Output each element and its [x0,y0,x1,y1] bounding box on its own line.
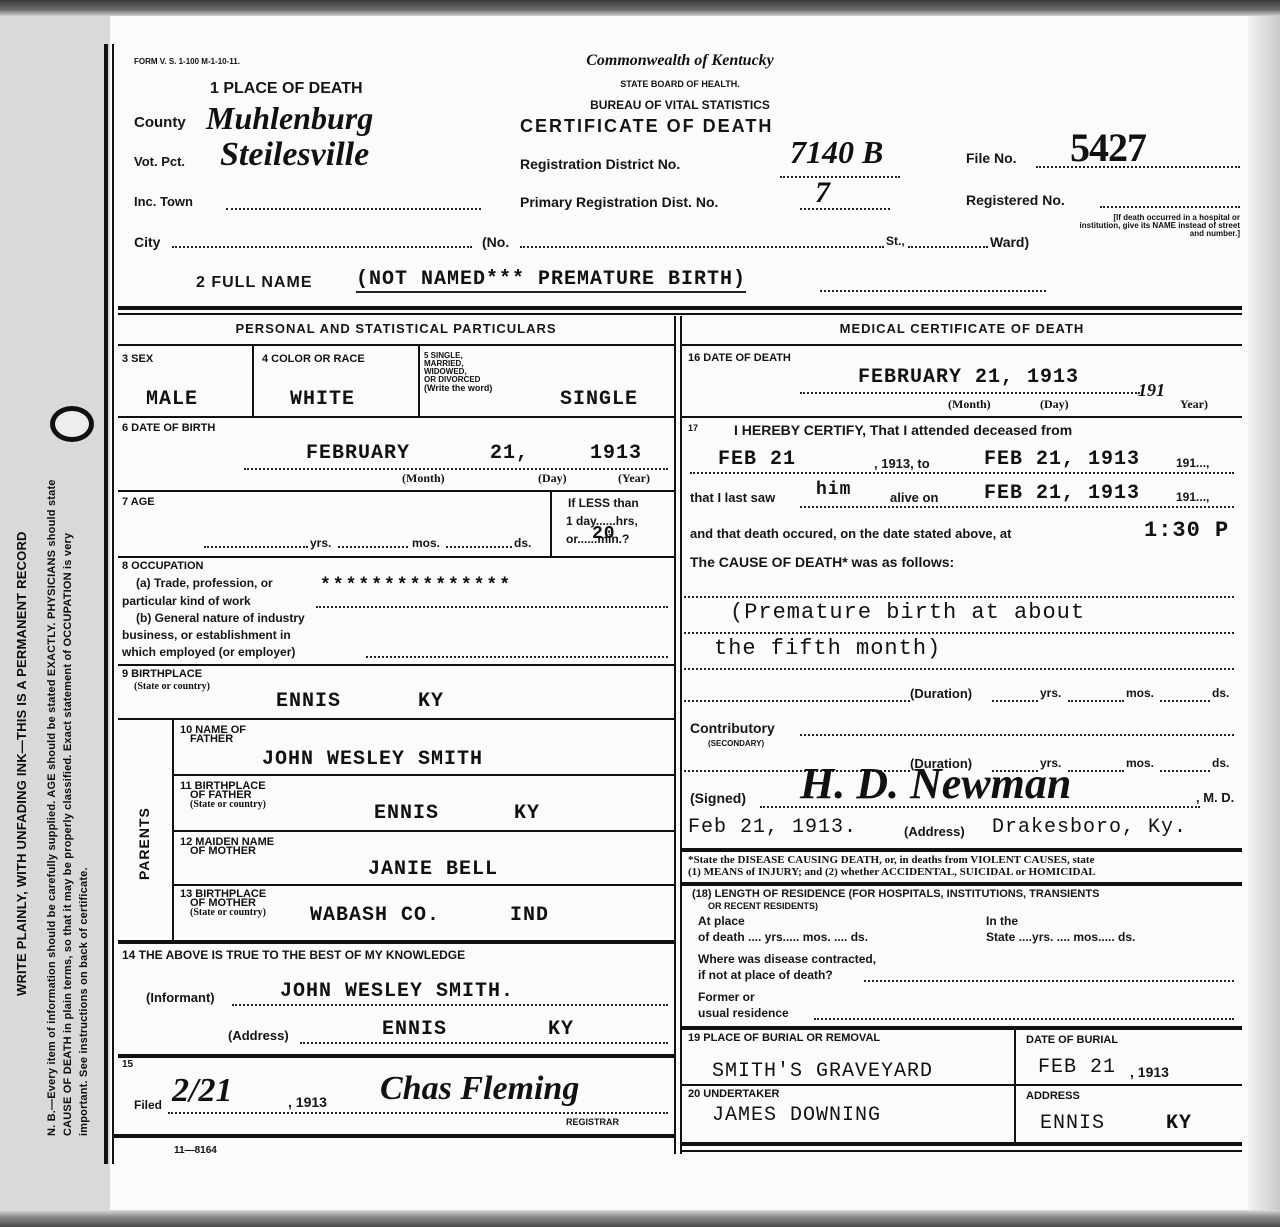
informant-label: (Informant) [146,990,215,1005]
father-birthplace-city: ENNIS [374,802,439,825]
inc-town-label: Inc. Town [134,194,193,209]
dob-year: 1913 [590,442,642,465]
form-code: 11—8164 [174,1146,217,1155]
certify-number: 17 [688,424,698,432]
mother-birthplace-city: WABASH CO. [310,904,440,927]
sex-label: 3 SEX [122,355,153,364]
dotted-rule [338,546,408,548]
punch-hole [50,406,94,442]
undertaker-address-city: ENNIS [1040,1112,1105,1135]
where-contracted-label: Where was disease contracted, [698,952,876,966]
date-of-death-year-prefix: 191 [1138,380,1165,401]
rule [118,1054,674,1058]
informant-address-state: KY [548,1018,574,1041]
rule [118,416,674,418]
at-place-label: At place [698,914,745,928]
date-of-death-label: 16 DATE OF DEATH [688,354,791,363]
dotted-rule [172,246,472,248]
dob-label: 6 DATE OF BIRTH [122,424,215,433]
dotted-rule [1160,700,1210,702]
board-title: STATE BOARD OF HEALTH. [530,80,830,89]
rule [1014,1028,1016,1146]
burial-place-value: SMITH'S GRAVEYARD [712,1060,933,1083]
dob-month: FEBRUARY [306,442,410,465]
burial-date-year: , 1913 [1130,1064,1169,1080]
dotted-rule [1036,166,1240,168]
cause-footnote: *State the DISEASE CAUSING DEATH, or, in… [688,854,1096,878]
dotted-rule [864,980,1234,982]
dotted-rule [1068,770,1124,772]
dotted-rule [814,1018,1234,1020]
informant-value: JOHN WESLEY SMITH. [280,980,514,1003]
rule [682,1142,1242,1146]
physician-address: Drakesboro, Ky. [992,816,1187,839]
alive-on-label: alive on [890,490,938,505]
dotted-rule [908,246,988,248]
birthplace-city: ENNIS [276,690,341,713]
occupation-a-line-2: particular kind of work [122,594,251,608]
frame-rule-inner [112,44,114,1164]
margin-note-4: important. See instructions on back of c… [78,867,90,1136]
bureau-title: BUREAU OF VITAL STATISTICS [530,98,830,112]
primary-registration-label: Primary Registration Dist. No. [520,194,718,210]
marital-label: 5 SINGLE, MARRIED, WIDOWED, OR DIVORCED … [424,352,492,392]
rule [682,416,1242,418]
physician-signature: H. D. Newman [800,758,1071,809]
dotted-rule [1160,770,1210,772]
alive-on-date: FEB 21, 1913 [984,482,1140,505]
dotted-rule [232,1004,668,1006]
rule [118,556,674,558]
father-birthplace-label: 11 BIRTHPLACE OF FATHER (State or countr… [180,782,266,809]
less-than-minutes-value: 20 [592,524,616,544]
rule [682,1084,1242,1086]
full-name-value: (NOT NAMED*** PREMATURE BIRTH) [356,268,746,293]
mother-name-value: JANIE BELL [368,858,498,881]
secondary-label: (SECONDARY) [708,740,764,748]
md-label: , M. D. [1196,790,1234,805]
last-saw-value: him [816,480,851,500]
race-label: 4 COLOR OR RACE [262,355,365,364]
dotted-rule [800,506,1234,508]
label-line: FATHER [180,735,246,744]
cause-line-2: the fifth month) [714,636,941,661]
occupation-b-line-1: (b) General nature of industry [136,611,305,625]
duration-label: (Duration) [910,686,972,701]
undertaker-label: 20 UNDERTAKER [688,1090,779,1099]
dotted-rule [820,290,1046,292]
rule [118,664,674,666]
dotted-rule [204,546,308,548]
margin-note-3: CAUSE OF DEATH in plain terms, so that i… [62,533,74,1136]
city-label: City [134,234,160,250]
footnote-line: *State the DISEASE CAUSING DEATH, or, in… [688,854,1096,866]
mother-birthplace-state: IND [510,904,549,927]
dotted-rule [300,1042,668,1044]
contributory-label: Contributory [690,720,775,736]
dotted-rule [684,596,1234,598]
label-line: (State or country) [180,908,266,917]
filed-label: Filed [134,1098,162,1112]
former-residence-label: Former or [698,990,755,1004]
dotted-rule [684,700,910,702]
dotted-rule [1100,206,1240,208]
duration-mos-2: mos. [1126,756,1154,770]
informant-address-label: (Address) [228,1028,289,1043]
filing-number: 15 [122,1060,133,1069]
father-name-value: JOHN WESLEY SMITH [262,748,483,771]
label-line: (State or country) [180,800,266,809]
former-residence-detail: usual residence [698,1006,789,1020]
vot-pct-value: Steilesville [220,136,369,174]
registration-district-value: 7140 B [790,134,883,171]
dotted-rule [244,468,668,470]
burial-date-value: FEB 21 [1038,1056,1116,1079]
footnote-line: (1) MEANS of INJURY; and (2) whether ACC… [688,866,1096,878]
cause-of-death-label: The CAUSE OF DEATH* was as follows: [690,554,954,570]
dotted-rule [446,546,512,548]
dotted-rule [684,668,1234,670]
place-of-death-heading: 1 PLACE OF DEATH [210,80,363,98]
sex-value: MALE [146,388,198,411]
dotted-rule [366,656,668,658]
vot-pct-label: Vot. Pct. [134,154,185,169]
margin-note-1: WRITE PLAINLY, WITH UNFADING INK—THIS IS… [14,531,29,996]
in-state-label: In the [986,914,1018,928]
filed-date: 2/21 [172,1072,232,1110]
rule [682,882,1242,886]
right-margin-strip [1248,16,1280,1210]
rule [682,344,1242,346]
month-caption: (Month) [948,400,991,409]
full-name-label: 2 FULL NAME [196,274,312,292]
dotted-rule [684,632,1234,634]
file-no-value: 5427 [1070,124,1146,171]
commonwealth-title: Commonwealth of Kentucky [530,52,830,70]
rule [550,492,552,556]
death-time-value: 1:30 P [1144,518,1229,543]
age-ds-label: ds. [514,536,531,550]
rule [418,346,420,416]
informant-statement: 14 THE ABOVE IS TRUE TO THE BEST OF MY K… [122,948,465,962]
occupation-a-line-1: (a) Trade, profession, or [136,576,273,590]
frame-rule-outer [104,44,108,1164]
marital-label-line: (Write the word) [424,384,492,392]
certify-statement: I HEREBY CERTIFY, That I attended deceas… [734,422,1072,438]
signed-date: Feb 21, 1913. [688,816,857,839]
rule [252,346,254,416]
header-divider [118,306,1242,310]
rule [118,718,674,720]
where-contracted-detail: if not at place of death? [698,968,833,982]
rule [174,774,674,776]
label-line: OF MOTHER [180,847,274,856]
county-value: Muhlenburg [206,100,373,137]
scan-top-edge [0,0,1280,16]
year-caption: (Year) [618,474,650,483]
month-caption: (Month) [402,474,445,483]
occupation-a-value: *************** [320,576,512,596]
residence-title: (18) LENGTH OF RESIDENCE (FOR HOSPITALS,… [692,888,1099,900]
dotted-rule [1068,700,1124,702]
birthplace-state: KY [418,690,444,713]
dotted-rule [992,700,1038,702]
undertaker-address-label: ADDRESS [1026,1092,1080,1101]
informant-address-city: ENNIS [382,1018,447,1041]
dotted-rule [520,246,884,248]
rule [682,1026,1242,1030]
dotted-rule [226,208,481,210]
duration-ds: ds. [1212,686,1229,700]
ward-label: Ward) [990,234,1029,250]
column-divider [674,316,676,1154]
attended-to-date: FEB 21, 1913 [984,448,1140,471]
race-value: WHITE [290,388,355,411]
hospital-note: [If death occurred in a hospital or inst… [1074,214,1240,238]
residence-title-2: OR RECENT RESIDENTS) [708,902,818,911]
mother-birthplace-label: 13 BIRTHPLACE OF MOTHER (State or countr… [180,890,266,917]
age-mos-label: mos. [412,536,440,550]
dotted-rule [316,606,668,608]
parents-side-label: PARENTS [136,807,152,880]
rule [118,490,674,492]
duration-ds-2: ds. [1212,756,1229,770]
alive-on-suffix: 191..., [1176,490,1209,504]
street-number-label: (No. [482,234,509,250]
file-no-label: File No. [966,150,1017,166]
personal-section-title: PERSONAL AND STATISTICAL PARTICULARS [118,321,674,336]
occupation-b-line-2: business, or establishment in [122,628,291,642]
rule [114,1134,674,1138]
father-birthplace-state: KY [514,802,540,825]
duration-yrs: yrs. [1040,686,1061,700]
birthplace-label: 9 BIRTHPLACE [122,670,202,679]
undertaker-value: JAMES DOWNING [712,1104,881,1127]
dotted-rule [780,176,900,178]
margin-note-2: N. B.—Every item of information should b… [46,479,58,1136]
registered-no-label: Registered No. [966,192,1065,208]
rule [174,884,674,886]
dotted-rule [168,1112,668,1114]
registration-district-label: Registration District No. [520,156,680,172]
primary-registration-value: 7 [815,176,830,210]
rule [682,848,1242,852]
dob-day: 21, [490,442,529,465]
form-number: FORM V. S. 1-100 M-1-10-11. [134,58,240,66]
rule [682,1150,1242,1152]
occupation-label: 8 OCCUPATION [122,562,204,571]
mother-name-label: 12 MAIDEN NAME OF MOTHER [180,838,274,856]
attended-from-year: , 1913, to [874,456,930,471]
year-caption: Year) [1180,400,1208,409]
day-caption: (Day) [1040,400,1069,409]
occupation-b-line-3: which employed (or employer) [122,645,295,659]
cause-line-1: (Premature birth at about [730,600,1085,625]
attended-from-date: FEB 21 [718,448,796,471]
rule [118,940,674,944]
burial-place-label: 19 PLACE OF BURIAL OR REMOVAL [688,1034,880,1043]
medical-section-title: MEDICAL CERTIFICATE OF DEATH [682,321,1242,336]
filed-year: , 1913 [288,1094,327,1110]
age-label: 7 AGE [122,498,155,507]
scan-bottom-edge [0,1210,1280,1227]
attended-to-suffix: 191..., [1176,456,1209,470]
dotted-rule [800,734,1234,736]
less-than-line-1: If LESS than [568,496,639,510]
dotted-rule [800,392,1140,394]
street-label: St., [886,234,905,248]
death-time-statement: and that death occured, on the date stat… [690,526,1011,541]
registrar-signature: Chas Fleming [380,1070,579,1108]
in-state-detail: State ....yrs. .... mos..... ds. [986,930,1135,944]
certificate-title: CERTIFICATE OF DEATH [520,116,773,137]
day-caption: (Day) [538,474,567,483]
dotted-rule [760,806,1200,808]
burial-date-label: DATE OF BURIAL [1026,1036,1118,1045]
marital-value: SINGLE [560,388,638,411]
dotted-rule [800,208,890,210]
father-name-label: 10 NAME OF FATHER [180,726,246,744]
birthplace-sublabel: (State or country) [134,683,210,691]
undertaker-address-state: KY [1166,1112,1192,1135]
physician-address-label: (Address) [904,824,965,839]
dotted-rule [690,472,1234,474]
last-saw-label: that I last saw [690,490,775,505]
signed-label: (Signed) [690,790,746,806]
left-margin-strip: WRITE PLAINLY, WITH UNFADING INK—THIS IS… [0,16,110,1210]
at-place-detail: of death .... yrs..... mos. .... ds. [698,930,868,944]
age-yrs-label: yrs. [310,536,331,550]
registrar-label: REGISTRAR [566,1118,619,1126]
county-label: County [134,114,186,131]
rule [118,344,674,346]
date-of-death-value: FEBRUARY 21, 1913 [858,366,1079,389]
header-divider-thin [118,313,1242,315]
duration-mos: mos. [1126,686,1154,700]
rule [174,830,674,832]
